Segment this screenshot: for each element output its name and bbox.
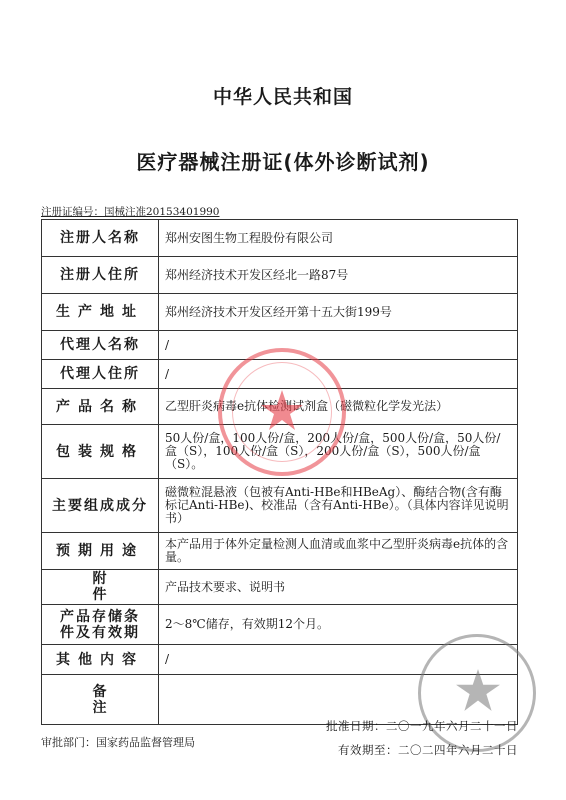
approval-department: 审批部门：国家药品监督管理局	[41, 734, 195, 750]
value-agent-name: /	[159, 331, 518, 360]
label-storage-validity: 产品存储条件及有效期	[42, 605, 159, 645]
table-row: 其他内容 /	[42, 645, 518, 675]
table-row: 代理人住所 /	[42, 360, 518, 389]
table-row: 预期用途 本产品用于体外定量检测人血清或血浆中乙型肝炎病毒e抗体的含量。	[42, 533, 518, 570]
value-registrant-address: 郑州经济技术开发区经北一路87号	[159, 257, 518, 294]
label-registrant-name: 注册人名称	[42, 220, 159, 257]
label-attachments: 附件	[42, 570, 159, 605]
label-agent-name: 代理人名称	[42, 331, 159, 360]
certificate-title: 医疗器械注册证(体外诊断试剂)	[0, 146, 566, 175]
table-row: 产品存储条件及有效期 2～8℃储存，有效期12个月。	[42, 605, 518, 645]
label-product-name: 产品名称	[42, 389, 159, 425]
table-row: 主要组成成分 磁微粒混悬液（包被有Anti-HBe和HBeAg）、酶结合物(含有…	[42, 479, 518, 533]
table-row: 附件 产品技术要求、说明书	[42, 570, 518, 605]
registration-number: 注册证编号：国械注准20153401990	[41, 204, 219, 219]
certificate-table: 注册人名称 郑州安图生物工程股份有限公司 注册人住所 郑州经济技术开发区经北一路…	[41, 219, 518, 725]
value-agent-address: /	[159, 360, 518, 389]
value-remarks	[159, 675, 518, 725]
table-row: 产品名称 乙型肝炎病毒e抗体检测试剂盒（磁微粒化学发光法）	[42, 389, 518, 425]
value-storage-validity: 2～8℃储存，有效期12个月。	[159, 605, 518, 645]
label-intended-use: 预期用途	[42, 533, 159, 570]
label-main-components: 主要组成成分	[42, 479, 159, 533]
value-attachments: 产品技术要求、说明书	[159, 570, 518, 605]
value-registrant-name: 郑州安图生物工程股份有限公司	[159, 220, 518, 257]
valid-until: 有效期至：二〇二四年六月二十日	[338, 742, 518, 758]
value-other-content: /	[159, 645, 518, 675]
table-row: 包装规格 50人份/盒，100人份/盒，200人份/盒，500人份/盒，50人份…	[42, 425, 518, 479]
approval-date: 批准日期：二〇一九年六月二十一日	[326, 718, 518, 734]
value-package-spec: 50人份/盒，100人份/盒，200人份/盒，500人份/盒，50人份/盒（S）…	[159, 425, 518, 479]
table-row: 注册人名称 郑州安图生物工程股份有限公司	[42, 220, 518, 257]
label-production-address: 生产地址	[42, 294, 159, 331]
label-agent-address: 代理人住所	[42, 360, 159, 389]
table-row: 备注	[42, 675, 518, 725]
table-row: 代理人名称 /	[42, 331, 518, 360]
table-row: 生产地址 郑州经济技术开发区经开第十五大街199号	[42, 294, 518, 331]
value-production-address: 郑州经济技术开发区经开第十五大街199号	[159, 294, 518, 331]
value-product-name: 乙型肝炎病毒e抗体检测试剂盒（磁微粒化学发光法）	[159, 389, 518, 425]
label-package-spec: 包装规格	[42, 425, 159, 479]
value-intended-use: 本产品用于体外定量检测人血清或血浆中乙型肝炎病毒e抗体的含量。	[159, 533, 518, 570]
table-row: 注册人住所 郑州经济技术开发区经北一路87号	[42, 257, 518, 294]
label-remarks: 备注	[42, 675, 159, 725]
label-registrant-address: 注册人住所	[42, 257, 159, 294]
label-other-content: 其他内容	[42, 645, 159, 675]
value-main-components: 磁微粒混悬液（包被有Anti-HBe和HBeAg）、酶结合物(含有酶标记Anti…	[159, 479, 518, 533]
country-heading: 中华人民共和国	[0, 82, 566, 109]
